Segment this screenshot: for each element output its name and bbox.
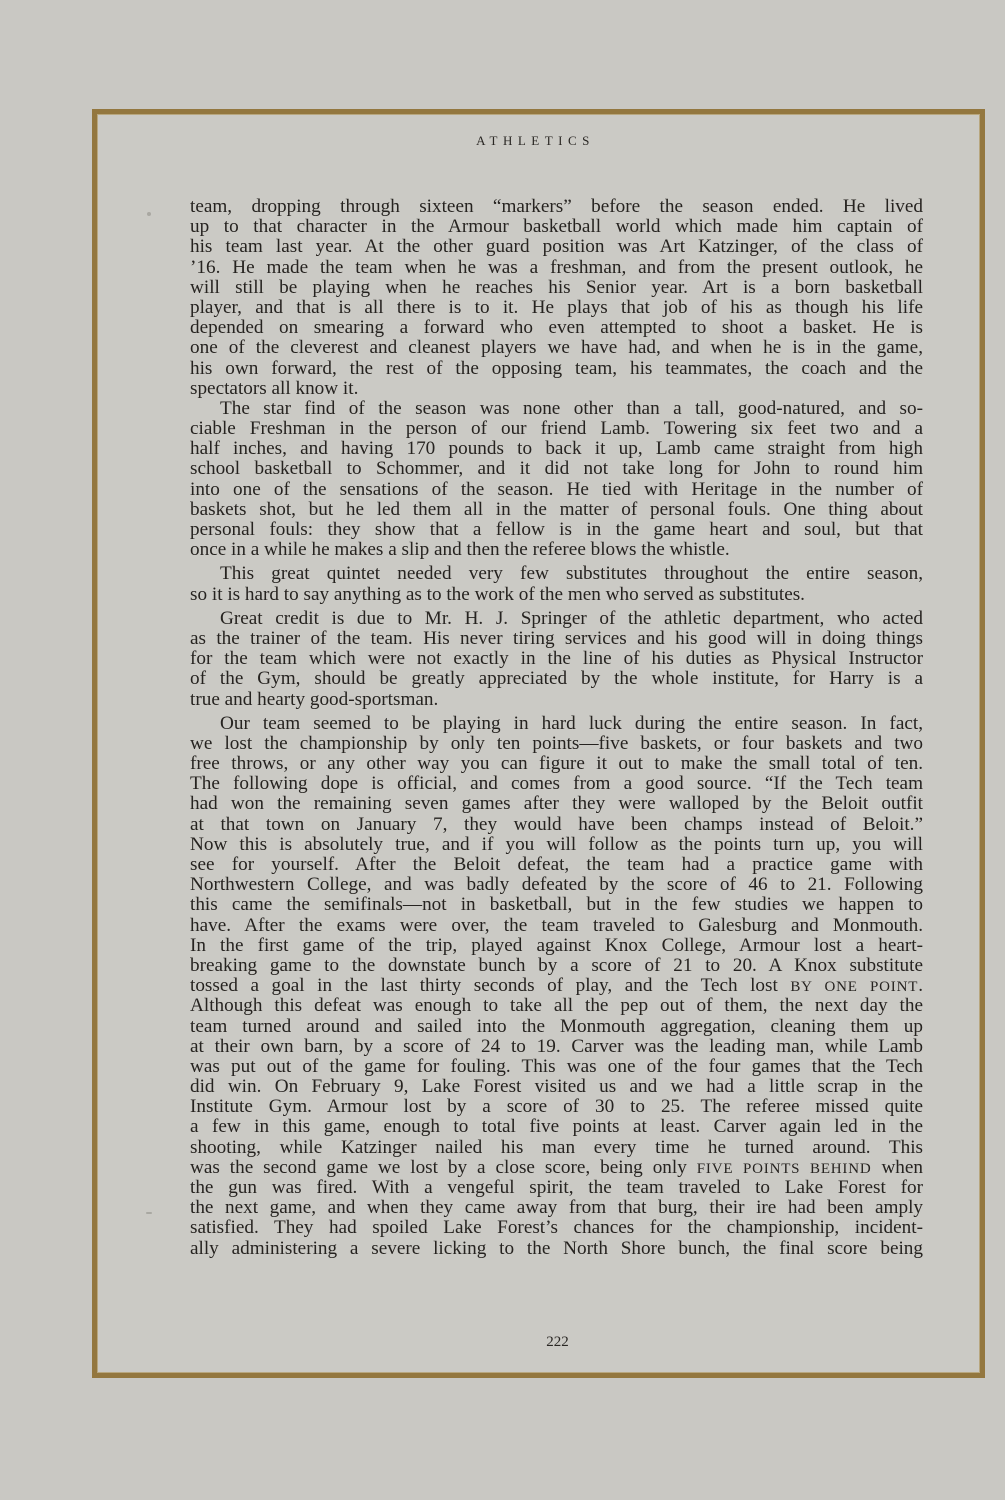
text-line: shooting, while Katzinger nailed his man… bbox=[190, 1138, 923, 1158]
paragraph: This great quintet needed very few subst… bbox=[190, 564, 923, 604]
body-text: team, dropping through sixteen “markers”… bbox=[190, 197, 923, 1259]
text-line: ’16. He made the team when he was a fres… bbox=[190, 258, 923, 278]
text-line: once in a while he makes a slip and then… bbox=[190, 540, 923, 560]
text-line: tossed a goal in the last thirty seconds… bbox=[190, 976, 923, 996]
text-line: we lost the championship by only ten poi… bbox=[190, 734, 923, 754]
text-line: his team last year. At the other guard p… bbox=[190, 237, 923, 257]
text-line: the next game, and when they came away f… bbox=[190, 1198, 923, 1218]
paragraph: The star find of the season was none oth… bbox=[190, 399, 923, 561]
text-line: one of the cleverest and cleanest player… bbox=[190, 338, 923, 358]
text-line: true and hearty good-sportsman. bbox=[190, 690, 923, 710]
text-line: at that town on January 7, they would ha… bbox=[190, 815, 923, 835]
text-line: into one of the sensations of the season… bbox=[190, 480, 923, 500]
text-line: was put out of the game for fouling. Thi… bbox=[190, 1057, 923, 1077]
text-line: the gun was fired. With a vengeful spiri… bbox=[190, 1178, 923, 1198]
text-line: will still be playing when he reaches hi… bbox=[190, 278, 923, 298]
paragraph: team, dropping through sixteen “markers”… bbox=[190, 197, 923, 399]
text-line: at their own barn, by a score of 24 to 1… bbox=[190, 1037, 923, 1057]
paragraph: Great credit is due to Mr. H. J. Springe… bbox=[190, 609, 923, 710]
text-line: free throws, or any other way you can fi… bbox=[190, 754, 923, 774]
text-line: school basketball to Schommer, and it di… bbox=[190, 459, 923, 479]
text-line: so it is hard to say anything as to the … bbox=[190, 585, 923, 605]
text-line: was the second game we lost by a close s… bbox=[190, 1158, 923, 1178]
text-line: This great quintet needed very few subst… bbox=[190, 564, 923, 584]
small-caps-emphasis: by one point bbox=[790, 979, 918, 995]
text-line: of the Gym, should be greatly appreciate… bbox=[190, 669, 923, 689]
text-line: his own forward, the rest of the opposin… bbox=[190, 359, 923, 379]
text-line: Institute Gym. Armour lost by a score of… bbox=[190, 1097, 923, 1117]
text-line: Now this is absolutely true, and if you … bbox=[190, 835, 923, 855]
text-line: see for yourself. After the Beloit defea… bbox=[190, 855, 923, 875]
running-head: ATHLETICS bbox=[0, 133, 1005, 149]
paper-speck bbox=[147, 212, 151, 216]
text-line: did win. On February 9, Lake Forest visi… bbox=[190, 1077, 923, 1097]
text-line: baskets shot, but he led them all in the… bbox=[190, 500, 923, 520]
text-line: half inches, and having 170 pounds to ba… bbox=[190, 439, 923, 459]
text-line: The star find of the season was none oth… bbox=[190, 399, 923, 419]
text-line: player, and that is all there is to it. … bbox=[190, 298, 923, 318]
text-line: ciable Freshman in the person of our fri… bbox=[190, 419, 923, 439]
text-line: team, dropping through sixteen “markers”… bbox=[190, 197, 923, 217]
text-line: Great credit is due to Mr. H. J. Springe… bbox=[190, 609, 923, 629]
text-line: The following dope is official, and come… bbox=[190, 774, 923, 794]
text-line: as the trainer of the team. His never ti… bbox=[190, 629, 923, 649]
text-line: this came the semifinals—not in basketba… bbox=[190, 895, 923, 915]
text-line: Our team seemed to be playing in hard lu… bbox=[190, 714, 923, 734]
text-line: had won the remaining seven games after … bbox=[190, 794, 923, 814]
paragraph: Our team seemed to be playing in hard lu… bbox=[190, 714, 923, 1259]
small-caps-emphasis: five points behind bbox=[697, 1161, 872, 1177]
text-line: team turned around and sailed into the M… bbox=[190, 1017, 923, 1037]
text-line: satisfied. They had spoiled Lake Forest’… bbox=[190, 1218, 923, 1238]
paper-speck bbox=[146, 1212, 152, 1214]
text-line: up to that character in the Armour baske… bbox=[190, 217, 923, 237]
text-line: Northwestern College, and was badly defe… bbox=[190, 875, 923, 895]
text-line: a few in this game, enough to total five… bbox=[190, 1117, 923, 1137]
text-line: breaking game to the downstate bunch by … bbox=[190, 956, 923, 976]
text-line: ally administering a severe licking to t… bbox=[190, 1239, 923, 1259]
page-number: 222 bbox=[0, 1334, 1005, 1351]
text-line: depended on smearing a forward who even … bbox=[190, 318, 923, 338]
text-line: In the first game of the trip, played ag… bbox=[190, 936, 923, 956]
text-line: personal fouls: they show that a fellow … bbox=[190, 520, 923, 540]
text-line: Although this defeat was enough to take … bbox=[190, 996, 923, 1016]
text-line: have. After the exams were over, the tea… bbox=[190, 916, 923, 936]
text-line: spectators all know it. bbox=[190, 379, 923, 399]
text-line: for the team which were not exactly in t… bbox=[190, 649, 923, 669]
